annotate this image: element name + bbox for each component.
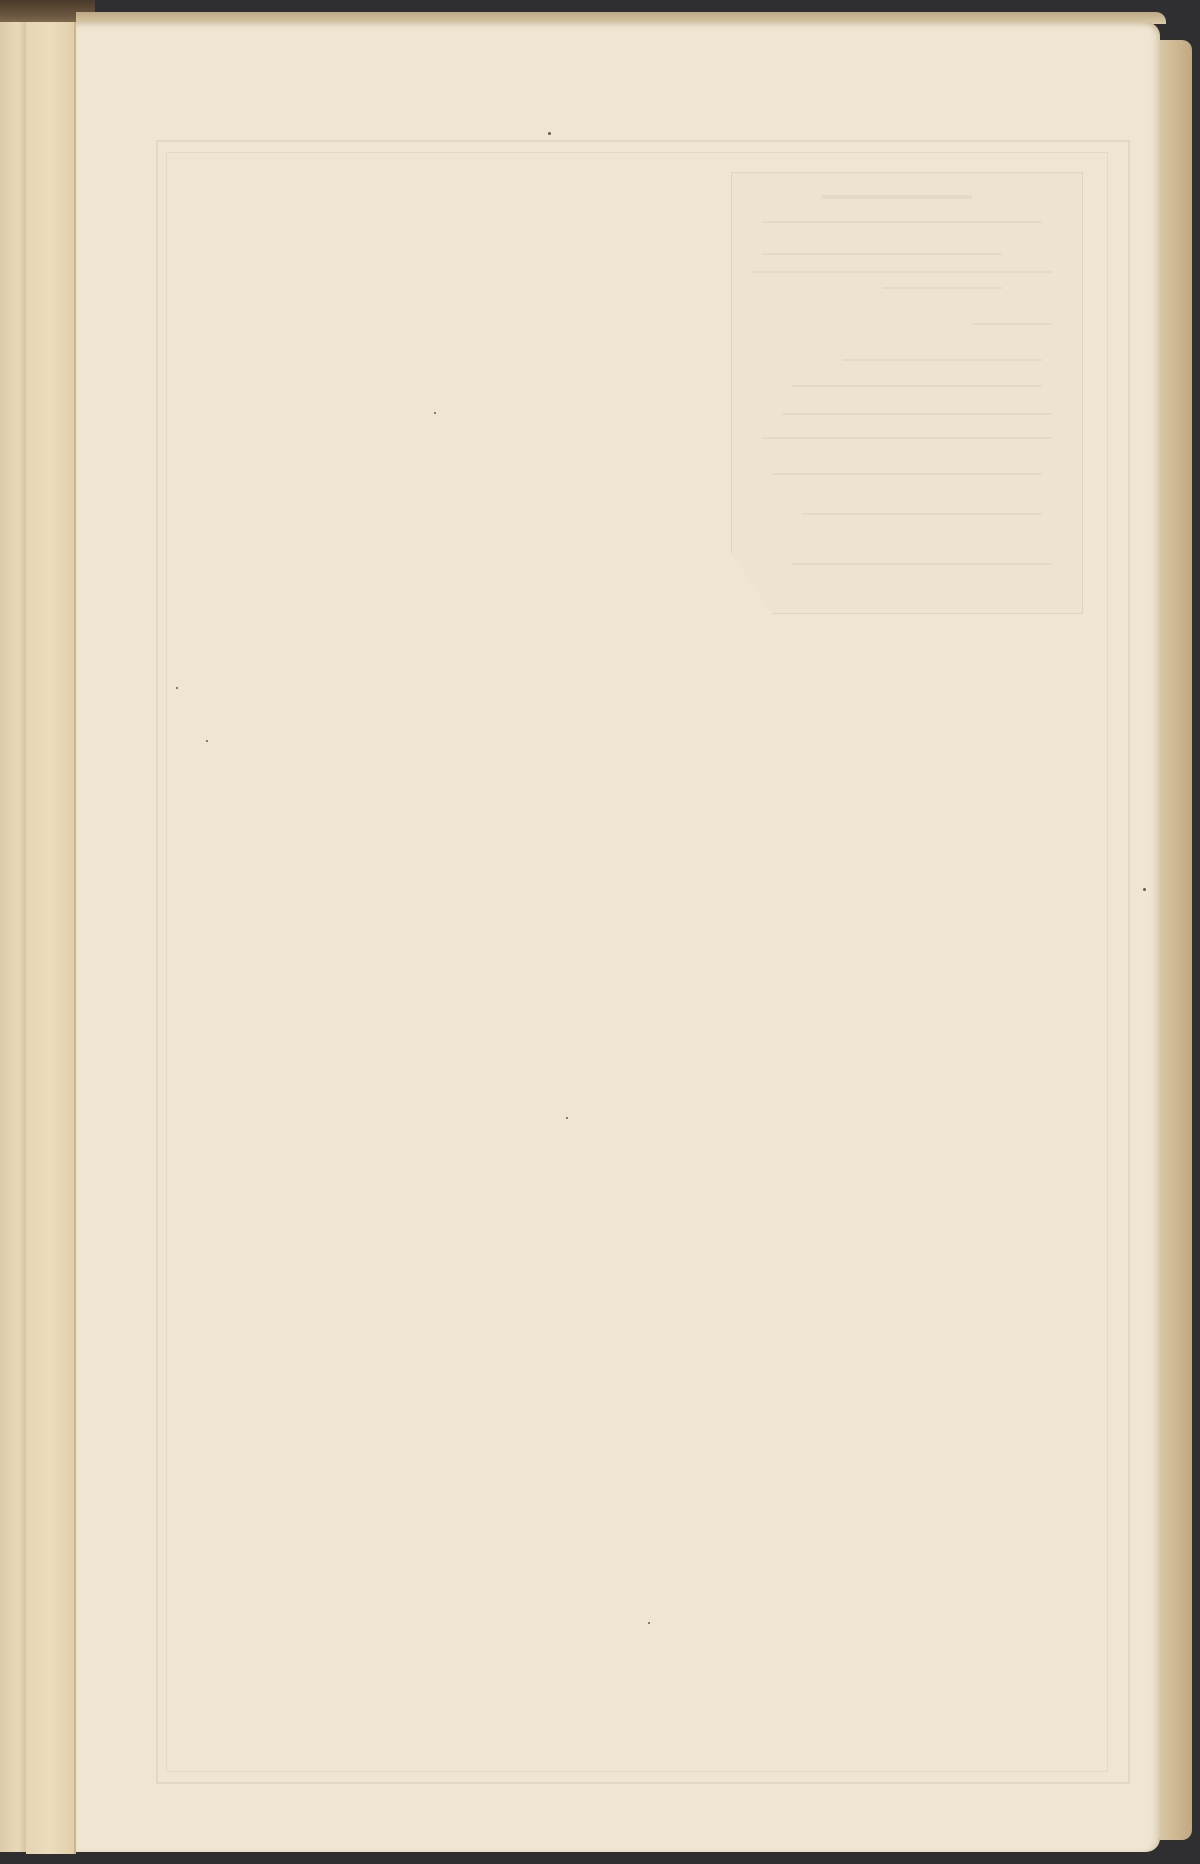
paper-speck	[176, 687, 178, 689]
page-stack-right-edge	[1160, 40, 1192, 1840]
paper-speck	[206, 740, 208, 742]
paper-speck	[1143, 888, 1146, 891]
scanned-page	[76, 22, 1160, 1852]
book-gutter	[26, 22, 76, 1854]
paper-speck	[648, 1622, 650, 1624]
left-page-edge	[0, 22, 27, 1852]
paper-speck	[434, 412, 436, 414]
show-through-cartouche	[731, 172, 1083, 614]
paper-speck	[548, 132, 551, 135]
paper-speck	[566, 1117, 568, 1119]
